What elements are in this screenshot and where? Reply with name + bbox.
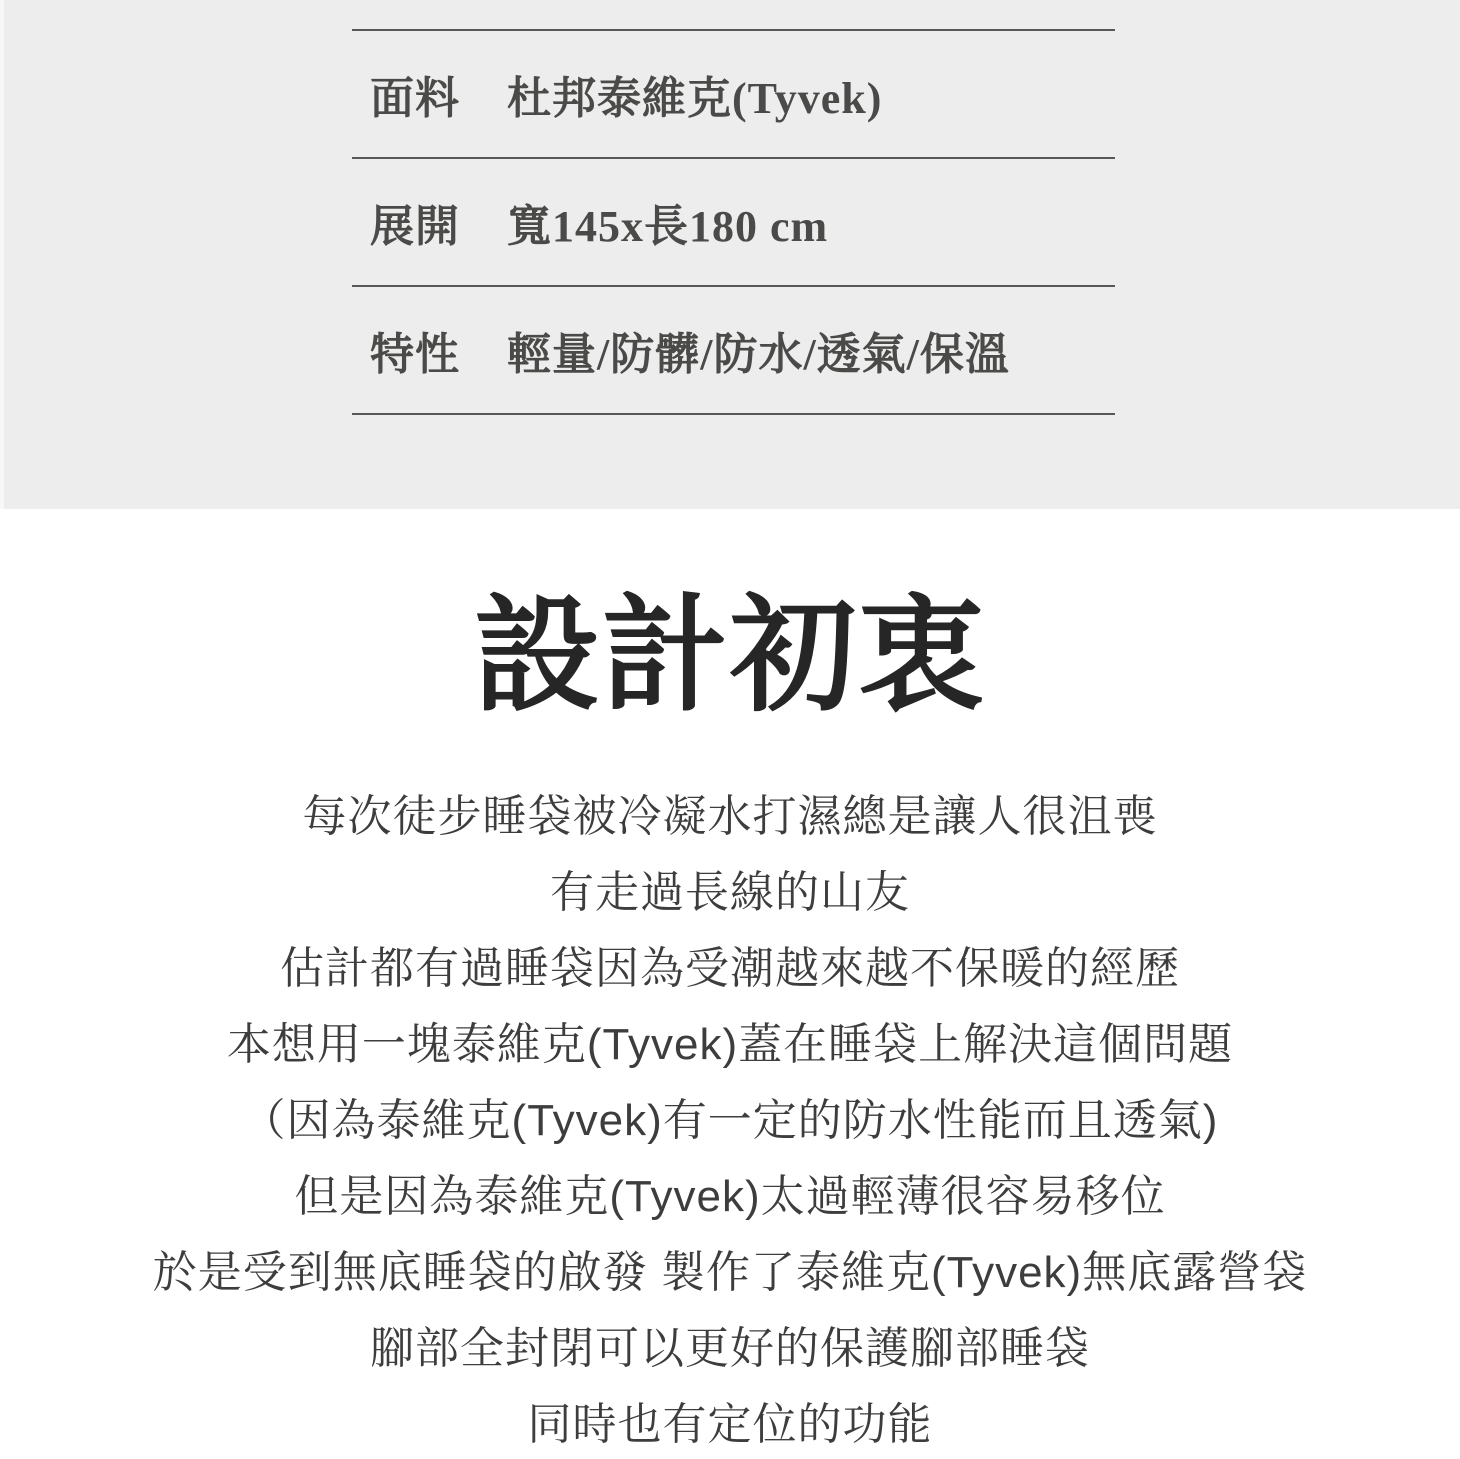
paragraph-line: 但是因為泰維克(Tyvek)太過輕薄很容易移位 xyxy=(0,1159,1460,1235)
spec-label-features: 特性 xyxy=(370,318,475,382)
design-intent-title: 設計初衷 xyxy=(0,595,1460,721)
spec-label-unfolded-size: 展開 xyxy=(370,190,475,254)
paragraph-line: 於是受到無底睡袋的啟發 製作了泰維克(Tyvek)無底露營袋 xyxy=(0,1235,1460,1311)
spec-row-unfolded-size: 展開 寬145x長180 cm xyxy=(352,157,1115,285)
spec-table: 面料 杜邦泰維克(Tyvek) 展開 寬145x長180 cm 特性 輕量/防髒… xyxy=(352,0,1115,415)
paragraph-line: 估計都有過睡袋因為受潮越來越不保暖的經歷 xyxy=(0,931,1460,1007)
paragraph-line: 腳部全封閉可以更好的保護腳部睡袋 xyxy=(0,1311,1460,1387)
spec-row-features: 特性 輕量/防髒/防水/透氣/保溫 xyxy=(352,285,1115,415)
paragraph-line: 本想用一塊泰維克(Tyvek)蓋在睡袋上解決這個問題 xyxy=(0,1007,1460,1083)
paragraph-line: 每次徒步睡袋被冷凝水打濕總是讓人很沮喪 xyxy=(0,779,1460,855)
design-intent-paragraph: 每次徒步睡袋被冷凝水打濕總是讓人很沮喪 有走過長線的山友 估計都有過睡袋因為受潮… xyxy=(0,779,1460,1459)
paragraph-line: 同時也有定位的功能 xyxy=(0,1387,1460,1459)
spec-row-fabric: 面料 杜邦泰維克(Tyvek) xyxy=(352,29,1115,157)
spec-value-unfolded-size: 寬145x長180 cm xyxy=(507,190,828,254)
spec-value-fabric: 杜邦泰維克(Tyvek) xyxy=(507,62,882,126)
paragraph-line: （因為泰維克(Tyvek)有一定的防水性能而且透氣) xyxy=(0,1083,1460,1159)
paragraph-line: 有走過長線的山友 xyxy=(0,855,1460,931)
design-intent-section: 設計初衷 每次徒步睡袋被冷凝水打濕總是讓人很沮喪 有走過長線的山友 估計都有過睡… xyxy=(0,595,1460,1459)
spec-label-fabric: 面料 xyxy=(370,62,475,126)
spec-value-features: 輕量/防髒/防水/透氣/保溫 xyxy=(507,318,1010,382)
spec-section: 面料 杜邦泰維克(Tyvek) 展開 寬145x長180 cm 特性 輕量/防髒… xyxy=(0,0,1460,509)
